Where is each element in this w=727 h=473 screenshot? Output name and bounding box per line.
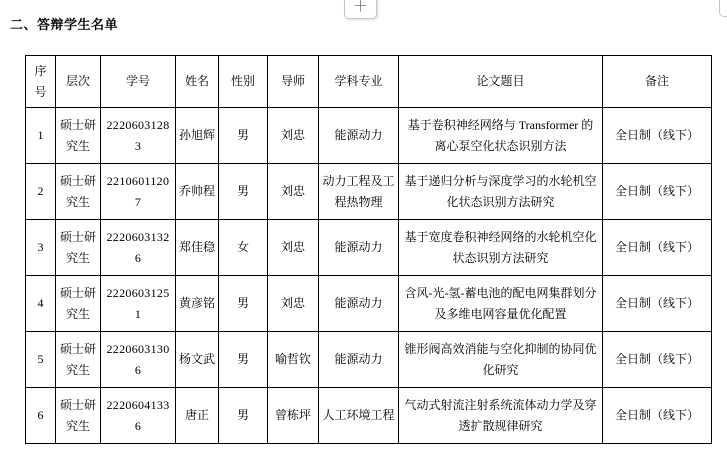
cell-thesis-title: 含风-光-氢-蓄电池的配电网集群划分及多维电网容量优化配置	[399, 276, 603, 332]
table-row: 4 硕士研究生 22206031251 黄彦铭 男 刘忠 能源动力 含风-光-氢…	[26, 276, 712, 332]
cell-no: 3	[26, 220, 56, 276]
header-no: 序号	[26, 56, 56, 108]
cell-name: 郑佳稳	[176, 220, 219, 276]
cell-name: 乔帅程	[176, 164, 219, 220]
cell-major: 能源动力	[319, 332, 399, 388]
header-remark: 备注	[603, 56, 712, 108]
cell-student-id: 22206031326	[101, 220, 176, 276]
cell-gender: 女	[219, 220, 268, 276]
cell-student-id: 22106011207	[101, 164, 176, 220]
cell-name: 孙旭辉	[176, 108, 219, 164]
cell-student-id: 22206031306	[101, 332, 176, 388]
header-thesis-title: 论文题目	[399, 56, 603, 108]
cell-major: 动力工程及工程热物理	[319, 164, 399, 220]
cell-no: 5	[26, 332, 56, 388]
cell-level: 硕士研究生	[56, 388, 101, 444]
cell-student-id: 22206031251	[101, 276, 176, 332]
cell-level: 硕士研究生	[56, 220, 101, 276]
header-name: 姓名	[176, 56, 219, 108]
plus-icon: ＋	[353, 0, 368, 14]
cell-major: 人工环境工程	[319, 388, 399, 444]
table-row: 2 硕士研究生 22106011207 乔帅程 男 刘忠 动力工程及工程热物理 …	[26, 164, 712, 220]
cell-advisor: 刘忠	[268, 220, 319, 276]
cell-remark: 全日制（线下）	[603, 164, 712, 220]
table-header-row: 序号 层次 学号 姓名 性别 导师 学科专业 论文题目 备注	[26, 56, 712, 108]
cell-level: 硕士研究生	[56, 164, 101, 220]
cell-thesis-title: 锥形阀高效消能与空化抑制的协同优化研究	[399, 332, 603, 388]
cell-level: 硕士研究生	[56, 276, 101, 332]
table-row: 3 硕士研究生 22206031326 郑佳稳 女 刘忠 能源动力 基于宽度卷积…	[26, 220, 712, 276]
cell-level: 硕士研究生	[56, 332, 101, 388]
cell-remark: 全日制（线下）	[603, 332, 712, 388]
header-student-id: 学号	[101, 56, 176, 108]
cell-major: 能源动力	[319, 220, 399, 276]
cell-remark: 全日制（线下）	[603, 108, 712, 164]
partial-corner-button[interactable]	[719, 0, 727, 17]
header-advisor: 导师	[268, 56, 319, 108]
cell-gender: 男	[219, 108, 268, 164]
cell-no: 1	[26, 108, 56, 164]
header-major: 学科专业	[319, 56, 399, 108]
cell-no: 4	[26, 276, 56, 332]
cell-no: 2	[26, 164, 56, 220]
add-button[interactable]: ＋	[344, 0, 377, 19]
table-row: 1 硕士研究生 22206031283 孙旭辉 男 刘忠 能源动力 基于卷积神经…	[26, 108, 712, 164]
cell-gender: 男	[219, 164, 268, 220]
table-row: 6 硕士研究生 22206041336 唐正 男 曾栋坪 人工环境工程 气动式射…	[26, 388, 712, 444]
header-gender: 性别	[219, 56, 268, 108]
cell-major: 能源动力	[319, 108, 399, 164]
page-title: 二、答辩学生名单	[10, 14, 118, 33]
cell-name: 杨文武	[176, 332, 219, 388]
cell-advisor: 曾栋坪	[268, 388, 319, 444]
cell-thesis-title: 基于递归分析与深度学习的水轮机空化状态识别方法研究	[399, 164, 603, 220]
student-roster-table: 序号 层次 学号 姓名 性别 导师 学科专业 论文题目 备注 1 硕士研究生 2…	[25, 55, 712, 444]
header-level: 层次	[56, 56, 101, 108]
cell-gender: 男	[219, 388, 268, 444]
document-page: 二、答辩学生名单 ＋ 序号 层次 学号 姓名 性别 导师 学科专业 论文题目 备…	[0, 0, 727, 473]
cell-student-id: 22206031283	[101, 108, 176, 164]
cell-thesis-title: 气动式射流注射系统流体动力学及穿透扩散规律研究	[399, 388, 603, 444]
cell-name: 唐正	[176, 388, 219, 444]
cell-gender: 男	[219, 332, 268, 388]
cell-advisor: 刘忠	[268, 164, 319, 220]
cell-remark: 全日制（线下）	[603, 388, 712, 444]
cell-advisor: 刘忠	[268, 108, 319, 164]
cell-no: 6	[26, 388, 56, 444]
cell-remark: 全日制（线下）	[603, 276, 712, 332]
cell-student-id: 22206041336	[101, 388, 176, 444]
cell-thesis-title: 基于卷积神经网络与 Transformer 的离心泵空化状态识别方法	[399, 108, 603, 164]
cell-level: 硕士研究生	[56, 108, 101, 164]
cell-name: 黄彦铭	[176, 276, 219, 332]
cell-thesis-title: 基于宽度卷积神经网络的水轮机空化状态识别方法研究	[399, 220, 603, 276]
cell-major: 能源动力	[319, 276, 399, 332]
cell-advisor: 刘忠	[268, 276, 319, 332]
cell-gender: 男	[219, 276, 268, 332]
table-row: 5 硕士研究生 22206031306 杨文武 男 喻哲钦 能源动力 锥形阀高效…	[26, 332, 712, 388]
cell-remark: 全日制（线下）	[603, 220, 712, 276]
cell-advisor: 喻哲钦	[268, 332, 319, 388]
